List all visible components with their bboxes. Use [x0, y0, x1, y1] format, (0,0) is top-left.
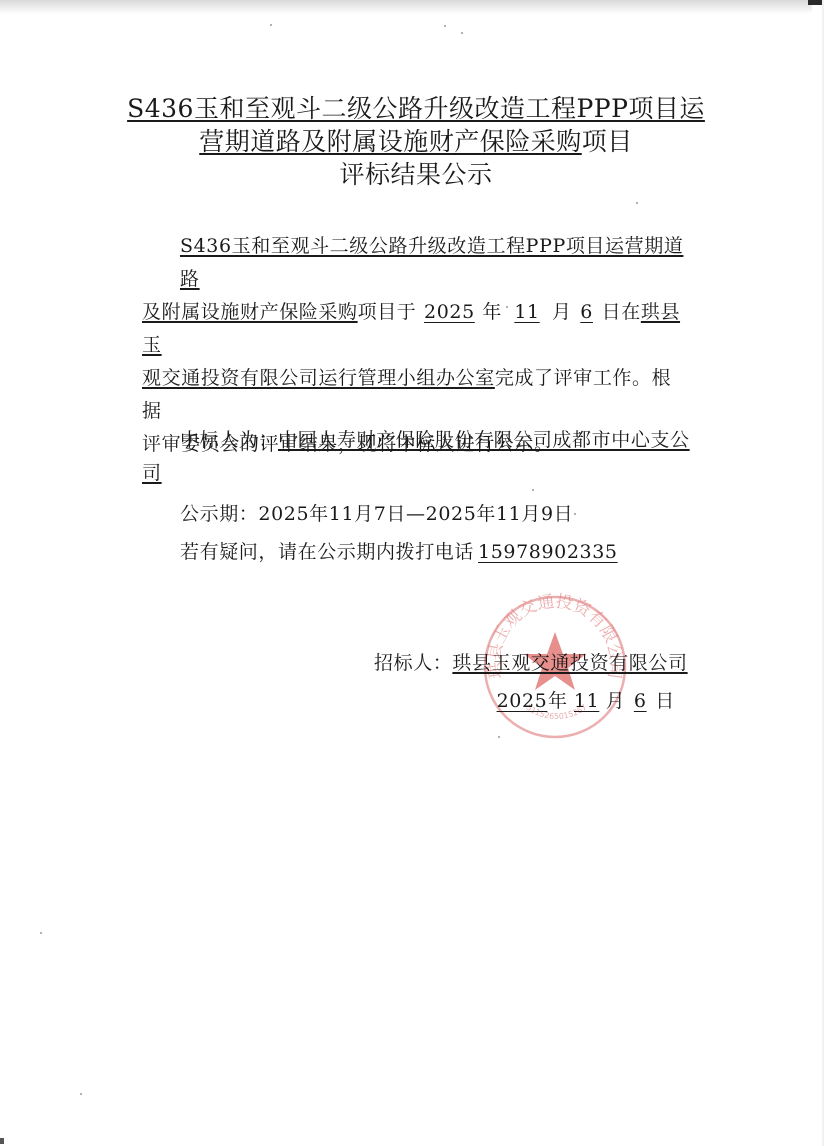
- winner-name-part2: 司: [142, 462, 162, 484]
- scan-corner-mark: [808, 0, 822, 5]
- scan-speck: [444, 25, 446, 27]
- signature-date: 2025年11月6日: [496, 686, 675, 716]
- scan-speck: [461, 32, 463, 34]
- publicity-period: 公示期：2025年11月7日—2025年11月9日: [142, 498, 690, 531]
- document-title: S436玉和至观斗二级公路升级改造工程PPP项目运 营期道路及附属设施财产保险采…: [100, 92, 732, 191]
- title-line-1: S436玉和至观斗二级公路升级改造工程PPP项目运: [100, 92, 732, 125]
- static-text: 日在: [602, 301, 641, 323]
- signer-organization: 珙县玉观交通投资有限公司: [452, 652, 687, 674]
- title-line-2: 营期道路及附属设施财产保险采购项目: [100, 125, 732, 158]
- project-name-part1: S436玉和至观斗二级公路升级改造工程PPP项目运营期道路: [180, 235, 683, 290]
- scan-corner-mark: [0, 1138, 4, 1144]
- paragraph-line: S436玉和至观斗二级公路升级改造工程PPP项目运营期道路: [142, 230, 690, 296]
- static-text: 月: [552, 301, 572, 323]
- project-name-part2: 及附属设施财产保险采购: [142, 301, 358, 323]
- winner-line: 中标人为：中国人寿财产保险股份有限公司成都市中心支公: [142, 424, 690, 457]
- winner-name-part1: 中国人寿财产保险股份有限公司成都市中心支公: [278, 429, 690, 451]
- scan-speck: [270, 24, 272, 26]
- static-text: 月: [606, 690, 626, 712]
- contact-phone: 15978902335: [474, 536, 624, 569]
- title-line-3: 评标结果公示: [100, 158, 732, 191]
- evaluation-year: 2025: [416, 296, 482, 329]
- contact-label: 若有疑问，请在公示期内拨打电话: [180, 541, 474, 563]
- scan-speck: [636, 202, 638, 204]
- static-text: 日: [655, 690, 675, 712]
- publicity-period-label: 公示期：: [180, 503, 258, 525]
- scan-top-shadow: [0, 0, 812, 14]
- winner-section: 中标人为：中国人寿财产保险股份有限公司成都市中心支公 司: [142, 424, 690, 490]
- signer-line: 招标人：珙县玉观交通投资有限公司: [374, 648, 688, 678]
- winner-line: 司: [142, 457, 690, 490]
- title-project-name-part2: 营期道路及附属设施财产保险采购: [199, 127, 582, 156]
- evaluation-day: 6: [572, 296, 602, 329]
- evaluation-month: 11: [502, 296, 552, 329]
- static-text: 项目于: [358, 301, 417, 323]
- signature-year: 2025: [496, 686, 548, 716]
- title-project-name-part1: S436玉和至观斗二级公路升级改造工程PPP项目运: [127, 94, 705, 123]
- publicity-period-line: 公示期：2025年11月7日—2025年11月9日: [142, 498, 690, 531]
- signature-day: 6: [625, 686, 655, 716]
- publicity-period-value: 2025年11月7日—2025年11月9日: [258, 503, 573, 525]
- winner-label: 中标人为：: [180, 429, 278, 451]
- signer-label: 招标人：: [374, 652, 452, 674]
- contact-info: 若有疑问，请在公示期内拨打电话15978902335: [142, 536, 690, 569]
- scan-right-edge: [822, 0, 824, 1146]
- static-text: 年: [548, 690, 568, 712]
- scan-speck: [80, 1093, 82, 1095]
- static-text: 年: [482, 301, 502, 323]
- paragraph-line: 及附属设施财产保险采购项目于2025年11月6日在珙县玉: [142, 296, 690, 362]
- contact-line: 若有疑问，请在公示期内拨打电话15978902335: [142, 536, 690, 569]
- paragraph-line: 观交通投资有限公司运行管理小组办公室完成了评审工作。根据: [142, 362, 690, 428]
- location-part2: 观交通投资有限公司运行管理小组办公室: [142, 367, 495, 389]
- scan-speck: [40, 932, 42, 934]
- signature-month: 11: [568, 686, 606, 716]
- title-suffix: 项目: [582, 127, 633, 156]
